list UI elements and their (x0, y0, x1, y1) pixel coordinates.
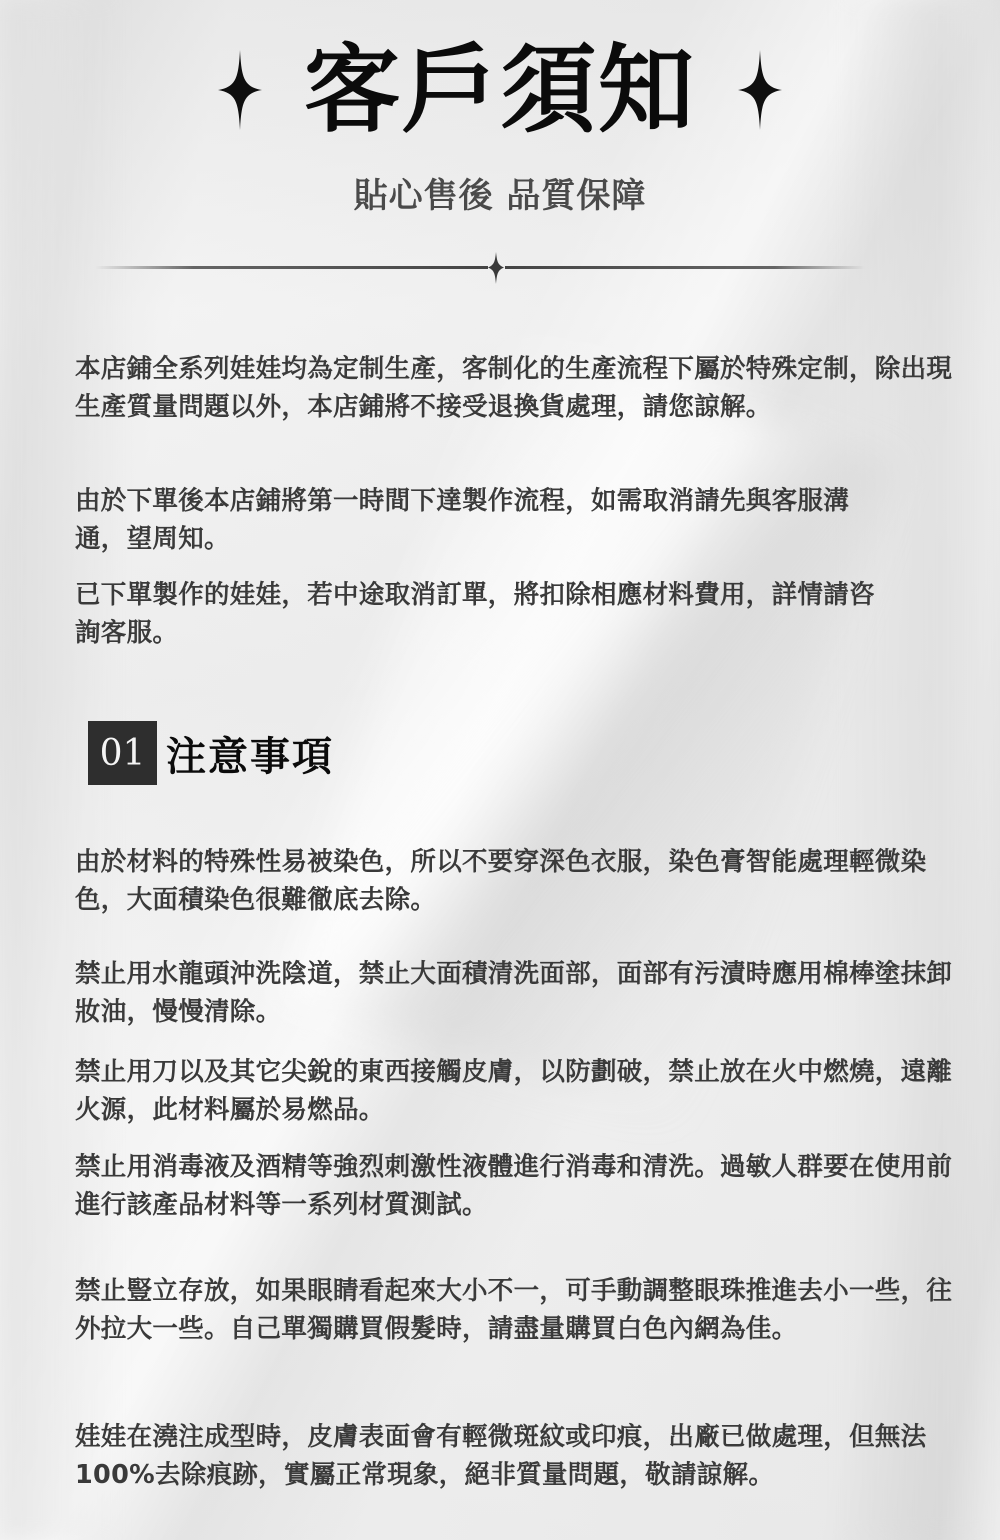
notice-paragraph: 禁止用刀以及其它尖銳的東西接觸皮膚，以防劃破，禁止放在火中燃燒，遠離火源，此材料… (75, 1053, 970, 1129)
divider-diamond-icon (95, 250, 865, 286)
sparkle-icon (738, 50, 782, 130)
notice-paragraph: 由於材料的特殊性易被染色，所以不要穿深色衣服，染色膏智能處理輕微染色，大面積染色… (75, 843, 970, 919)
intro-paragraph: 本店鋪全系列娃娃均為定制生產，客制化的生產流程下屬於特殊定制，除出現生產質量問題… (75, 350, 970, 426)
notice-paragraph: 禁止豎立存放，如果眼睛看起來大小不一，可手動調整眼珠推進去小一些，往外拉大一些。… (75, 1272, 970, 1348)
section-title: 注意事項 (166, 725, 334, 782)
notice-paragraph: 娃娃在澆注成型時，皮膚表面會有輕微斑紋或印痕，出廠已做處理，但無法100%去除痕… (75, 1418, 970, 1494)
page-title: 客戶須知 (304, 30, 696, 150)
notice-paragraph: 禁止用消毒液及酒精等強烈刺激性液體進行消毒和清洗。過敏人群要在使用前進行該產品材… (75, 1148, 970, 1224)
page-subtitle: 貼心售後 品質保障 (0, 168, 1000, 217)
intro-paragraph: 已下單製作的娃娃，若中途取消訂單，將扣除相應材料費用，詳情請咨詢客服。 (75, 576, 875, 652)
notice-paragraph: 禁止用水龍頭沖洗陰道，禁止大面積清洗面部，面部有污漬時應用棉棒塗抹卸妝油，慢慢清… (75, 955, 970, 1031)
intro-paragraph: 由於下單後本店鋪將第一時間下達製作流程，如需取消請先與客服溝通，望周知。 (75, 482, 895, 558)
section-heading: 01 注意事項 (88, 721, 334, 785)
sparkle-icon (218, 50, 262, 130)
section-number-badge: 01 (88, 721, 157, 785)
title-row: 客戶須知 (0, 30, 1000, 150)
